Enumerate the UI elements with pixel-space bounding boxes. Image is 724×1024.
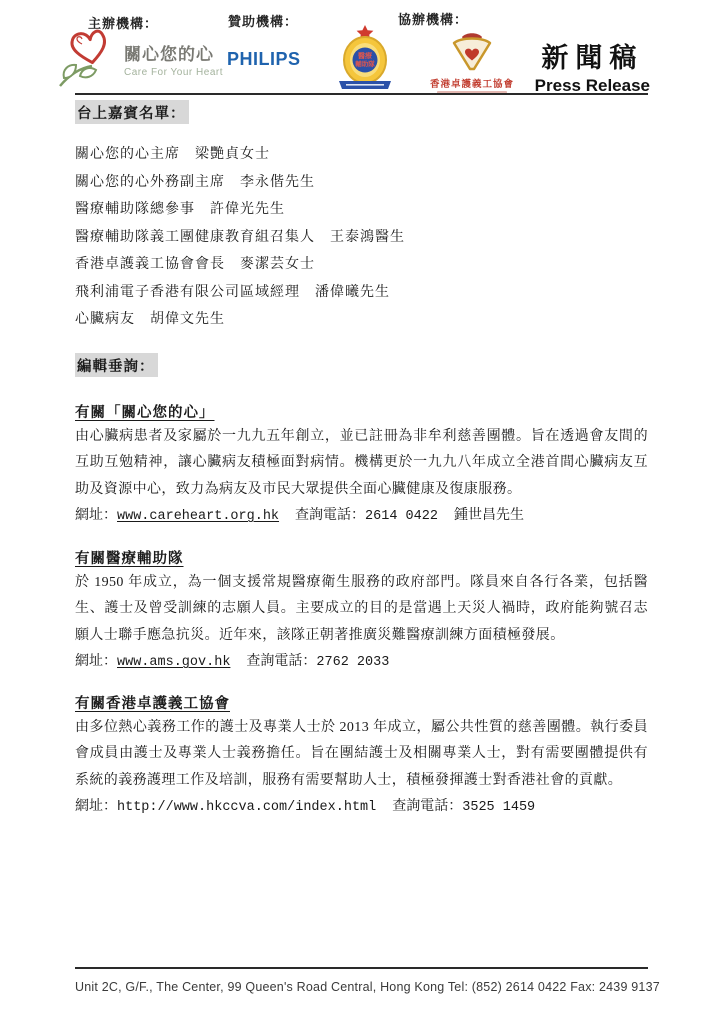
philips-wordmark: PHILIPS [227, 49, 301, 70]
header-divider [75, 93, 648, 95]
ams-badge-icon: 醫療 輔助隊 [333, 24, 397, 92]
document-title: 新聞稿 Press Release [535, 36, 650, 96]
website-url: www.ams.gov.hk [117, 655, 230, 670]
hkccva-fan-heart-icon [446, 31, 498, 71]
guest-item: 香港卓護義工協會會長 麥潔芸女士 [75, 251, 648, 279]
ams-badge-text-line2: 輔助隊 [355, 59, 375, 68]
phone-number: 2762 2033 [316, 655, 389, 670]
phone-label: 查詢電話： [295, 508, 365, 523]
phone-number: 3525 1459 [462, 800, 535, 815]
website-url: http://www.hkccva.com/index.html [117, 800, 376, 815]
careheart-name-zh: 關心您的心 [124, 40, 223, 65]
ams-badge-text-line1: 醫療 [358, 51, 372, 60]
coorganizer-label: 協辦機構： [398, 9, 468, 28]
contact-line: 網址：www.careheart.org.hk查詢電話：2614 0422鍾世昌… [75, 503, 648, 531]
contact-line: 網址：www.ams.gov.hk查詢電話：2762 2033 [75, 649, 648, 677]
guest-list-heading: 台上嘉賓名單： [75, 100, 189, 124]
phone-label: 查詢電話： [246, 654, 316, 669]
footer-divider [75, 967, 648, 969]
about-section-title: 有關「關心您的心」 [75, 401, 648, 422]
contact-line: 網址：http://www.hkccva.com/index.html查詢電話：… [75, 794, 648, 822]
about-section-body: 由多位熱心義務工作的護士及專業人士於 2013 年成立，屬公共性質的慈善團體。執… [75, 715, 648, 795]
website-url: www.careheart.org.hk [117, 509, 279, 524]
contact-person: 鍾世昌先生 [454, 508, 524, 523]
guest-item: 醫療輔助隊義工團健康教育組召集人 王泰鴻醫生 [75, 224, 648, 252]
about-section-body: 由心臟病患者及家屬於一九九五年創立，並已註冊為非牟利慈善團體。旨在透過會友間的互… [75, 424, 648, 504]
website-label: 網址： [75, 654, 117, 669]
careheart-name-en: Care For Your Heart [124, 67, 223, 78]
guest-item: 飛利浦電子香港有限公司區域經理 潘偉曦先生 [75, 279, 648, 307]
hkccva-logo: 香港卓護義工協會 [429, 31, 515, 91]
careheart-logo-text: 關心您的心 Care For Your Heart [124, 40, 223, 78]
header: 主辦機構： 贊助機構： 協辦機構： 關心您的心 Care For Your He… [0, 0, 724, 96]
about-careheart-section: 有關「關心您的心」 由心臟病患者及家屬於一九九五年創立，並已註冊為非牟利慈善團體… [75, 401, 648, 531]
careheart-logo: 關心您的心 Care For Your Heart [58, 24, 216, 90]
guest-item: 關心您的心主席 梁艷貞女士 [75, 141, 648, 169]
about-hkccva-section: 有關香港卓護義工協會 由多位熱心義務工作的護士及專業人士於 2013 年成立，屬… [75, 692, 648, 822]
about-section-title: 有關醫療輔助隊 [75, 547, 648, 568]
website-label: 網址： [75, 508, 117, 523]
document-body: 台上嘉賓名單： 關心您的心主席 梁艷貞女士 關心您的心外務副主席 李永偕先生 醫… [75, 100, 648, 822]
guest-item: 心臟病友 胡偉文先生 [75, 306, 648, 334]
hkccva-name-zh: 香港卓護義工協會 [429, 76, 515, 90]
guest-item: 醫療輔助隊總參事 許偉光先生 [75, 196, 648, 224]
press-release-page: 主辦機構： 贊助機構： 協辦機構： 關心您的心 Care For Your He… [0, 0, 724, 1024]
guest-item: 關心您的心外務副主席 李永偕先生 [75, 169, 648, 197]
footer-address: Unit 2C, G/F., The Center, 99 Queen's Ro… [75, 980, 648, 994]
website-label: 網址： [75, 799, 117, 814]
editor-enquiry-heading: 編輯垂詢： [75, 353, 158, 377]
title-zh: 新聞稿 [535, 36, 650, 75]
careheart-heart-sprout-icon [58, 24, 124, 90]
about-ams-section: 有關醫療輔助隊 於 1950 年成立，為一個支援常規醫療衛生服務的政府部門。隊員… [75, 547, 648, 677]
phone-label: 查詢電話： [392, 799, 462, 814]
guest-list: 關心您的心主席 梁艷貞女士 關心您的心外務副主席 李永偕先生 醫療輔助隊總參事 … [75, 141, 648, 334]
phone-number: 2614 0422 [365, 509, 438, 524]
about-section-body: 於 1950 年成立，為一個支援常規醫療衛生服務的政府部門。隊員來自各行各業，包… [75, 570, 648, 650]
sponsor-label: 贊助機構： [228, 11, 298, 30]
about-section-title: 有關香港卓護義工協會 [75, 692, 648, 713]
